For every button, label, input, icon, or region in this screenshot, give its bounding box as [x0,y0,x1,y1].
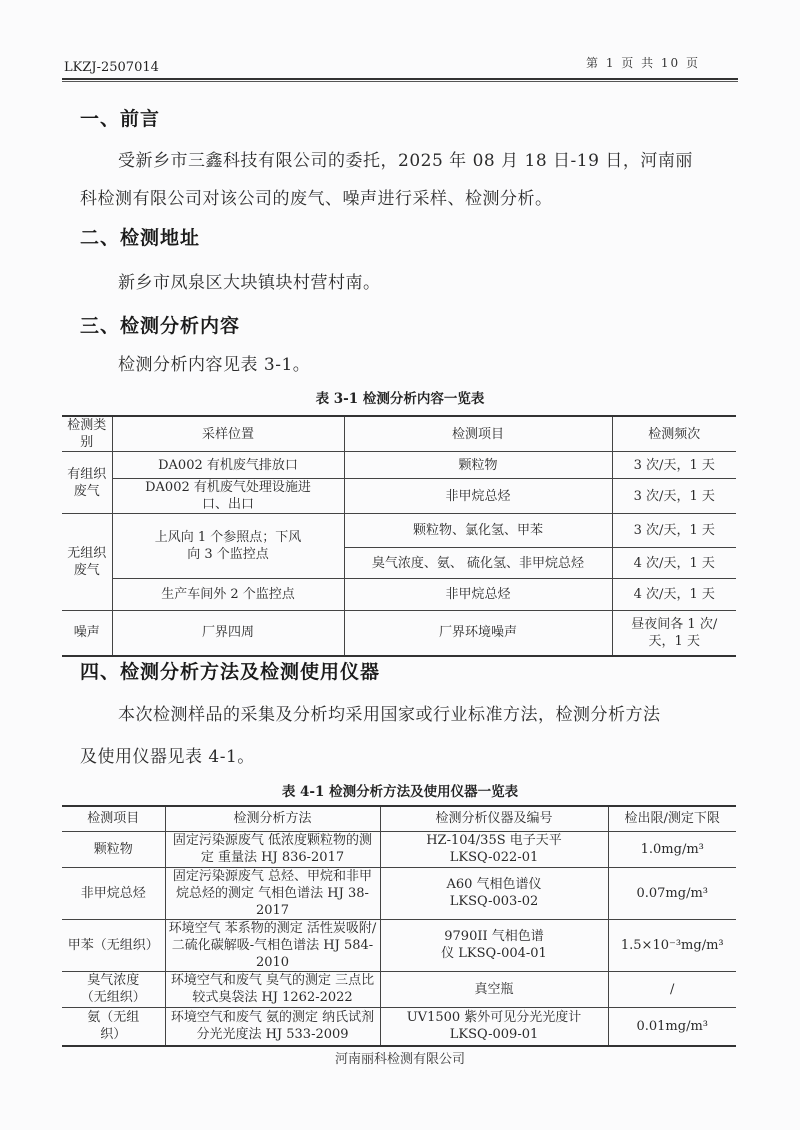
item-cell: 氨（无组织） [62,1007,165,1046]
frequency-cell: 3 次/天，1 天 [612,479,736,514]
table-row: 臭气浓度（无组织） 环境空气和废气 臭气的测定 三点比较式臭袋法 HJ 1262… [62,971,736,1007]
limit-cell: 0.07mg/m³ [608,867,736,919]
instrument-cell: 9790II 气相色谱仪 LKSQ-004-01 [380,919,608,971]
method-cell: 固定污染源废气 总烃、甲烷和非甲烷总烃的测定 气相色谱法 HJ 38-2017 [165,867,380,919]
header-divider [62,78,738,82]
item-cell: 非甲烷总烃 [62,867,165,919]
frequency-cell: 4 次/天，1 天 [612,579,736,611]
section-1-title: 一、前言 [80,104,160,131]
table-row: DA002 有机废气处理设施进口、出口 非甲烷总烃 3 次/天，1 天 [62,479,736,514]
limit-cell: 1.5×10⁻³mg/m³ [608,919,736,971]
category-cell: 噪声 [62,611,112,656]
method-cell: 环境空气 苯系物的测定 活性炭吸附/二硫化碳解吸-气相色谱法 HJ 584-20… [165,919,380,971]
instrument-cell: A60 气相色谱仪 LKSQ-003-02 [380,867,608,919]
header-cell: 检测分析仪器及编号 [380,806,608,831]
item-cell: 非甲烷总烃 [344,579,612,611]
item-cell: 臭气浓度（无组织） [62,971,165,1007]
item-cell: 颗粒物 [344,452,612,479]
header-cell: 检出限/测定下限 [608,806,736,831]
header-cell: 检测项目 [344,416,612,452]
method-cell: 固定污染源废气 低浓度颗粒物的测定 重量法 HJ 836-2017 [165,831,380,867]
section-3-title: 三、检测分析内容 [80,311,240,338]
frequency-cell: 3 次/天，1 天 [612,514,736,548]
document-id: LKZJ-2507014 [64,60,159,75]
section-4-paragraph-line1: 本次检测样品的采集及分析均采用国家或行业标准方法，检测分析方法 [118,700,661,725]
item-cell: 甲苯（无组织） [62,919,165,971]
table-3-1: 检测类别 采样位置 检测项目 检测频次 有组织 废气 DA002 有机废气排放口… [62,415,736,657]
footer-company: 河南丽科检测有限公司 [0,1048,800,1067]
table-row: 甲苯（无组织） 环境空气 苯系物的测定 活性炭吸附/二硫化碳解吸-气相色谱法 H… [62,919,736,971]
instrument-cell: HZ-104/35S 电子天平 LKSQ-022-01 [380,831,608,867]
section-3-paragraph: 检测分析内容见表 3-1。 [118,350,310,375]
header-cell: 检测分析方法 [165,806,380,831]
table-header-row: 检测项目 检测分析方法 检测分析仪器及编号 检出限/测定下限 [62,806,736,831]
table-row: 生产车间外 2 个监控点 非甲烷总烃 4 次/天，1 天 [62,579,736,611]
location-cell: DA002 有机废气排放口 [112,452,344,479]
method-cell: 环境空气和废气 臭气的测定 三点比较式臭袋法 HJ 1262-2022 [165,971,380,1007]
item-cell: 厂界环境噪声 [344,611,612,656]
item-cell: 颗粒物、氯化氢、甲苯 [344,514,612,548]
frequency-cell: 3 次/天，1 天 [612,452,736,479]
section-4-title: 四、检测分析方法及检测使用仪器 [80,657,380,684]
table-row: 颗粒物 固定污染源废气 低浓度颗粒物的测定 重量法 HJ 836-2017 HZ… [62,831,736,867]
table-row: 有组织 废气 DA002 有机废气排放口 颗粒物 3 次/天，1 天 [62,452,736,479]
location-cell: 生产车间外 2 个监控点 [112,579,344,611]
instrument-cell: 真空瓶 [380,971,608,1007]
table-3-1-caption: 表 3-1 检测分析内容一览表 [0,387,800,407]
location-cell: 厂界四周 [112,611,344,656]
table-row: 无组织 废气 上风向 1 个参照点；下风向 3 个监控点 颗粒物、氯化氢、甲苯 … [62,514,736,548]
frequency-cell: 昼夜间各 1 次/天，1 天 [612,611,736,656]
section-1-paragraph-line2: 科检测有限公司对该公司的废气、噪声进行采样、检测分析。 [80,184,553,209]
table-4-1-caption: 表 4-1 检测分析方法及使用仪器一览表 [0,780,800,800]
section-2-title: 二、检测地址 [80,223,200,250]
header-cell: 检测项目 [62,806,165,831]
limit-cell: 1.0mg/m³ [608,831,736,867]
table-row: 氨（无组织） 环境空气和废气 氨的测定 纳氏试剂分光光度法 HJ 533-200… [62,1007,736,1046]
table-row: 噪声 厂界四周 厂界环境噪声 昼夜间各 1 次/天，1 天 [62,611,736,656]
item-cell: 臭气浓度、氨、 硫化氢、非甲烷总烃 [344,548,612,579]
frequency-cell: 4 次/天，1 天 [612,548,736,579]
method-cell: 环境空气和废气 氨的测定 纳氏试剂分光光度法 HJ 533-2009 [165,1007,380,1046]
location-cell: DA002 有机废气处理设施进口、出口 [112,479,344,514]
header-cell: 检测类别 [62,416,112,452]
location-cell: 上风向 1 个参照点；下风向 3 个监控点 [112,514,344,579]
category-cell: 有组织 废气 [62,452,112,514]
table-4-1: 检测项目 检测分析方法 检测分析仪器及编号 检出限/测定下限 颗粒物 固定污染源… [62,805,736,1047]
item-cell: 非甲烷总烃 [344,479,612,514]
header-cell: 检测频次 [612,416,736,452]
instrument-cell: UV1500 紫外可见分光光度计 LKSQ-009-01 [380,1007,608,1046]
section-4-paragraph-line2: 及使用仪器见表 4-1。 [80,742,255,767]
section-1-paragraph-line1: 受新乡市三鑫科技有限公司的委托，2025 年 08 月 18 日-19 日，河南… [118,146,693,171]
category-cell: 无组织 废气 [62,514,112,611]
item-cell: 颗粒物 [62,831,165,867]
limit-cell: 0.01mg/m³ [608,1007,736,1046]
table-row: 非甲烷总烃 固定污染源废气 总烃、甲烷和非甲烷总烃的测定 气相色谱法 HJ 38… [62,867,736,919]
header-cell: 采样位置 [112,416,344,452]
table-header-row: 检测类别 采样位置 检测项目 检测频次 [62,416,736,452]
page-indicator: 第 1 页 共 10 页 [586,54,700,71]
limit-cell: / [608,971,736,1007]
section-2-paragraph: 新乡市凤泉区大块镇块村营村南。 [118,268,381,293]
